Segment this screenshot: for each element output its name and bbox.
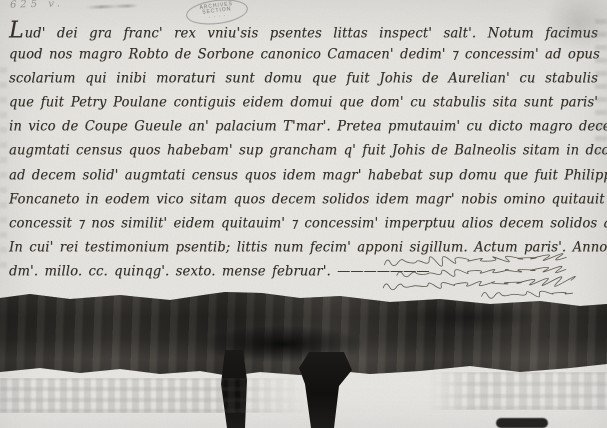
bleedthrough-text-right [428, 372, 607, 410]
manuscript-line: Lud' dei gra franc' rex vniu'sis psentes… [9, 19, 598, 44]
manuscript-line: que fuit Petry Poulane contiguis eidem d… [9, 91, 598, 116]
chancery-scribble [383, 276, 576, 292]
pencil-shelfmark: 625 v. [10, 0, 64, 11]
manuscript-line: ad decem solid' augmtati census quos ide… [9, 164, 598, 189]
manuscript-line: augmtati census quos habebam' sup granch… [9, 139, 598, 164]
manuscript-line: Foncaneto in eodem vico sitam quos decem… [9, 188, 598, 213]
right-edge-smudge [595, 14, 607, 154]
seal-fragment [496, 418, 548, 428]
manuscript-text: Lud' dei gra franc' rex vniu'sis psentes… [9, 19, 598, 284]
chancery-scribble [481, 289, 572, 298]
chancery-annotation [380, 249, 604, 309]
bleedthrough-text-left [0, 378, 308, 413]
manuscript-line: scolarium qui inibi moraturi sunt domu q… [9, 67, 598, 92]
charter-photo: 625 v. ARCHIVES SECTION · · · · Lud' dei… [0, 0, 607, 428]
manuscript-line: concessit ⁊ nos similit' eidem quitauim'… [9, 212, 598, 237]
pencil-stroke [86, 4, 138, 9]
manuscript-line: quod nos magro Robto de Sorbone canonico… [9, 43, 598, 68]
left-edge-smudge [0, 58, 7, 268]
chancery-scribble [397, 266, 566, 278]
manuscript-line: in vico de Coupe Gueule an' palacium T'm… [9, 115, 598, 140]
